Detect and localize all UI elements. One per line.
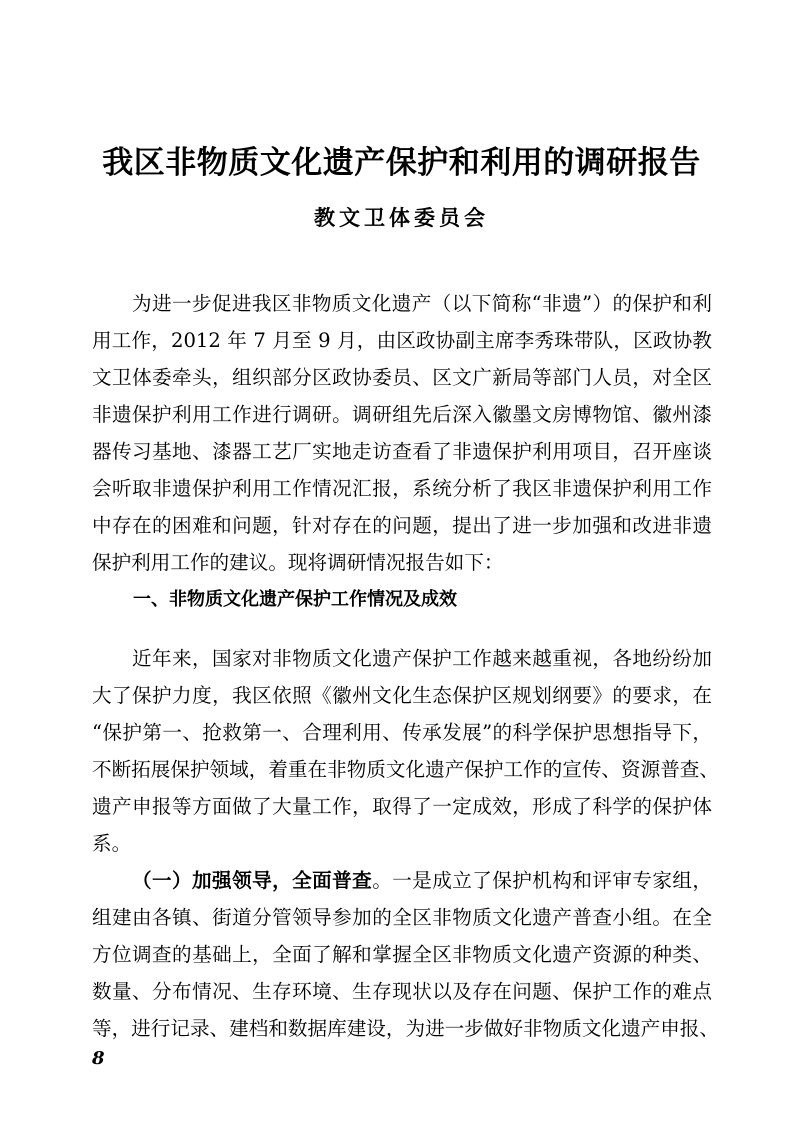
- subsection-lead: （一）加强领导，全面普查: [132, 869, 372, 892]
- text-line: 系。: [92, 825, 712, 862]
- text-line: 等，进行记录、建档和数据库建设，为进一步做好非物质文化遗产申报、: [92, 1010, 712, 1047]
- text-line: 中存在的困难和问题，针对存在的问题，提出了进一步加强和改进非遗: [92, 507, 712, 544]
- text-line: 文卫体委牵头，组织部分区政协委员、区文广新局等部门人员，对全区: [92, 359, 712, 396]
- text-line: 为进一步促进我区非物质文化遗产（以下简称“非遗”）的保护和利: [92, 285, 712, 322]
- text-line: 非遗保护利用工作进行调研。调研组先后深入徽墨文房博物馆、徽州漆: [92, 396, 712, 433]
- text-line: 数量、分布情况、生存环境、生存现状以及存在问题、保护工作的难点: [92, 973, 712, 1010]
- paragraph-leadership: （一）加强领导，全面普查。一是成立了保护机构和评审专家组， 组建由各镇、街道分管…: [92, 862, 712, 1047]
- text-line: 器传习基地、漆器工艺厂实地走访查看了非遗保护利用项目，召开座谈: [92, 433, 712, 470]
- text-line: 近年来，国家对非物质文化遗产保护工作越来越重视，各地纷纷加: [92, 640, 712, 677]
- document-title: 我区非物质文化遗产保护和利用的调研报告: [0, 143, 803, 183]
- text-line: 会听取非遗保护利用工作情况汇报，系统分析了我区非遗保护利用工作: [92, 470, 712, 507]
- text-line: 组建由各镇、街道分管领导参加的全区非物质文化遗产普查小组。在全: [92, 899, 712, 936]
- document-author: 教文卫体委员会: [0, 203, 803, 233]
- page-number: 8: [92, 1048, 105, 1069]
- text-line: （一）加强领导，全面普查。一是成立了保护机构和评审专家组，: [92, 862, 712, 899]
- text-line: “保护第一、抢救第一、合理利用、传承发展”的科学保护思想指导下，: [92, 714, 712, 751]
- text-line: 方位调查的基础上，全面了解和掌握全区非物质文化遗产资源的种类、: [92, 936, 712, 973]
- text-line: 保护利用工作的建议。现将调研情况报告如下：: [92, 544, 712, 581]
- paragraph-overview: 近年来，国家对非物质文化遗产保护工作越来越重视，各地纷纷加 大了保护力度，我区依…: [92, 640, 712, 862]
- section-heading: 一、非物质文化遗产保护工作情况及成效: [133, 585, 457, 615]
- paragraph-intro: 为进一步促进我区非物质文化遗产（以下简称“非遗”）的保护和利 用工作，2012 …: [92, 285, 712, 581]
- text-span: 。一是成立了保护机构和评审专家组，: [372, 869, 712, 892]
- text-line: 不断拓展保护领域，着重在非物质文化遗产保护工作的宣传、资源普查、: [92, 751, 712, 788]
- text-line: 用工作，2012 年 7 月至 9 月，由区政协副主席李秀珠带队，区政协教: [92, 322, 712, 359]
- text-line: 大了保护力度，我区依照《徽州文化生态保护区规划纲要》的要求，在: [92, 677, 712, 714]
- text-line: 遗产申报等方面做了大量工作，取得了一定成效，形成了科学的保护体: [92, 788, 712, 825]
